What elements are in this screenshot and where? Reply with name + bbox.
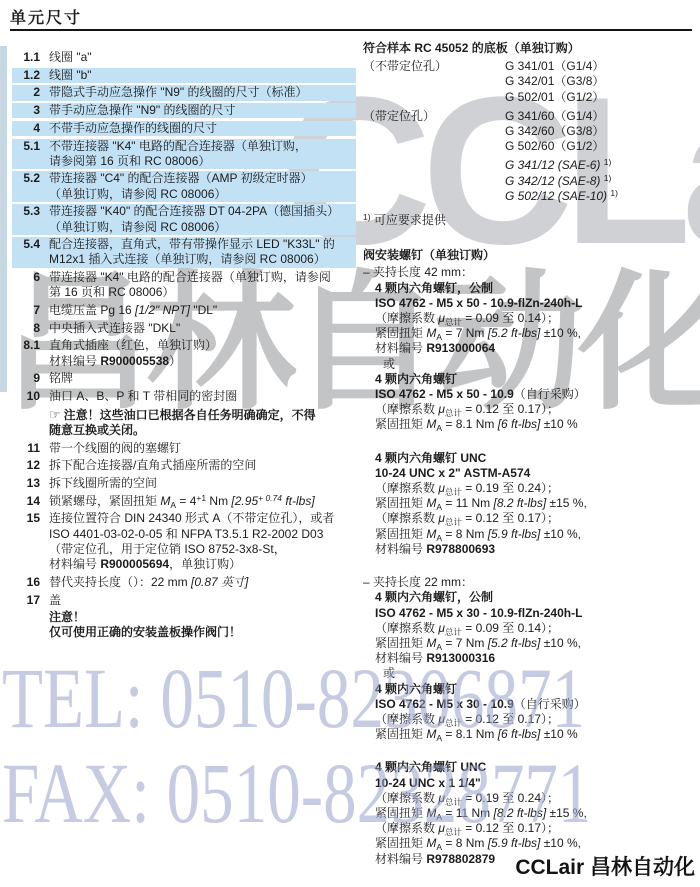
- text-line: ISO 4762 - M5 x 50 - 10.9-flZn-240h-L: [375, 296, 698, 311]
- text-line: （摩擦系数 μ总计 = 0.09 至 0.14）；: [375, 311, 698, 326]
- text-run: 紧固扭矩: [375, 527, 426, 541]
- item-text: 铭牌: [49, 371, 356, 386]
- item-number: 3: [12, 103, 40, 118]
- text-run: ISO 4762 - M5 x 50 - 10.9: [375, 387, 514, 401]
- legend-item: 5.2带连接器 "C4" 的配合连接器（AMP 初级定时器）（单独订购，请参阅 …: [12, 171, 356, 201]
- legend-item: 1.2线圈 "b": [12, 68, 356, 83]
- subplate-heading: 符合样本 RC 45052 的底板（单独订购）: [363, 41, 698, 56]
- text-line: 注意！: [49, 610, 356, 625]
- text-run: G 342/60（G3/8）: [505, 124, 604, 138]
- legend-item: 2带隐式手动应急操作 "N9" 的线圈的尺寸（标准）: [12, 85, 356, 100]
- text-line: 第 16 页和 RC 08006）: [49, 285, 356, 300]
- text-run: ）: [169, 354, 181, 368]
- text-line: 铭牌: [49, 371, 356, 386]
- text-run: R978800693: [426, 542, 495, 556]
- item-number: 5.2: [12, 171, 40, 201]
- legend-item: 11带一个线圈的阀的塞螺钉: [12, 441, 356, 456]
- text-run: （摩擦系数: [375, 402, 438, 416]
- text-line: 替代夹持长度（）：22 mm [0.87 英寸]: [49, 575, 356, 590]
- text-line: ISO 4762 - M5 x 30 - 10.9-flZn-240h-L: [375, 606, 698, 621]
- text-run: 锁紧螺母，紧固扭矩: [49, 494, 160, 508]
- text-run: G 502/12 (SAE-10): [505, 189, 610, 203]
- text-line: 拆下线圈所需的空间: [49, 476, 356, 491]
- text-run: （自行采购）: [514, 387, 586, 401]
- text-run: 线圈 "b": [49, 68, 92, 82]
- text-run: = 0.12 至 0.17）；: [462, 402, 559, 416]
- text-line: G 502/12 (SAE-10) 1): [505, 189, 698, 204]
- text-run: 盖: [49, 593, 61, 607]
- text-run: [0.87 英寸]: [191, 575, 248, 589]
- text-run: 中央插入式连接器 "DKL": [49, 321, 180, 335]
- text-run: R900005694: [100, 557, 169, 571]
- item-number: 11: [12, 441, 40, 456]
- legend-item: 8中央插入式连接器 "DKL": [12, 321, 356, 336]
- text-run: 材料编号: [49, 354, 100, 368]
- subplate-group-label: [363, 158, 505, 204]
- text-run: = 8 Nm: [442, 527, 488, 541]
- text-run: 或: [383, 357, 395, 371]
- item-number: 5.3: [12, 204, 40, 234]
- item-text: 带手动应急操作 "N9" 的线圈的尺寸: [49, 103, 356, 118]
- text-line: 仅可使用正确的安装盖板操作阀门！: [49, 625, 356, 640]
- text-line: 带手动应急操作 "N9" 的线圈的尺寸: [49, 103, 356, 118]
- text-run: 可应要求提供: [371, 213, 446, 227]
- text-run: = 0.12 至 0.17）；: [462, 511, 559, 525]
- text-line: 盖: [49, 593, 356, 608]
- text-run: = 11 Nm: [442, 496, 493, 510]
- text-run: R978802879: [426, 852, 495, 866]
- text-run: [5.2 ft-lbs]: [488, 636, 541, 650]
- item-text: 油口 A、B、P 和 T 带相同的密封圈: [49, 389, 356, 404]
- text-run: （摩擦系数: [375, 481, 438, 495]
- text-run: M12x1 插入式连接（单独订购，请参阅 RC 08006）: [49, 252, 326, 266]
- text-run: 电缆压盖 Pg 16: [49, 303, 135, 317]
- legend-item: 注意！仅可使用正确的安装盖板操作阀门！: [12, 610, 356, 640]
- text-run: = 4: [176, 494, 196, 508]
- text-run: 4 颗内六角螺钉: [375, 372, 457, 386]
- text-line: （单独订购，请参阅 RC 08006）: [49, 187, 356, 202]
- item-text: 带连接器 "C4" 的配合连接器（AMP 初级定时器）（单独订购，请参阅 RC …: [49, 171, 356, 201]
- text-run: 材料编号: [375, 341, 426, 355]
- item-text: 线圈 "b": [49, 68, 356, 83]
- text-run: （摩擦系数: [375, 311, 438, 325]
- legend-item: 15连接位置符合 DIN 24340 形式 A（不带定位孔），或者ISO 440…: [12, 511, 356, 572]
- legend-item: 4不带手动应急操作的线圈的尺寸: [12, 121, 356, 136]
- item-number: 12: [12, 458, 40, 473]
- text-run: G 502/60（G1/2）: [505, 139, 604, 153]
- text-run: ±10 %,: [540, 326, 581, 340]
- legend-item: 9铭牌: [12, 371, 356, 386]
- text-run: 请参阅第 16 页和 RC 08006）: [49, 154, 210, 168]
- text-run: ISO 4762 - M5 x 30 - 10.9-flZn-240h-L: [375, 606, 582, 620]
- subplate-group-values: G 341/12 (SAE-6) 1)G 342/12 (SAE-8) 1)G …: [505, 158, 698, 204]
- item-text: 拆下配合连接器/直角式插座所需的空间: [49, 458, 356, 473]
- text-run: μ: [438, 402, 445, 416]
- text-run: ISO 4762 - M5 x 50 - 10.9-flZn-240h-L: [375, 296, 582, 310]
- text-run: 带连接器 "K40" 的配合连接器 DT 04-2PA（德国插头）: [49, 204, 339, 218]
- text-line: 紧固扭矩 MA = 7 Nm [5.2 ft-lbs] ±10 %,: [375, 636, 698, 651]
- text-run: （带定位孔，用于定位销 ISO 8752-3x8-St，: [49, 542, 286, 556]
- item-number: [12, 610, 40, 640]
- item-number: 8.1: [12, 338, 40, 368]
- text-run: 紧固扭矩: [375, 636, 426, 650]
- item-text: 不带手动应急操作的线圈的尺寸: [49, 121, 356, 136]
- text-line: 紧固扭矩 MA = 8 Nm [5.9 ft-lbs] ±10 %,: [375, 527, 698, 542]
- subplate-group-values: G 341/01（G1/4）G 342/01（G3/8）G 502/01（G1/…: [505, 59, 698, 105]
- screws-heading: 阀安装螺钉（单独订购）: [363, 248, 698, 263]
- text-run: ISO 4401-03-02-0-05 和 NFPA T3.5.1 R2-200…: [49, 527, 323, 541]
- text-line: ISO 4762 - M5 x 50 - 10.9（自行采购）: [375, 387, 698, 402]
- subplate-group-label: （带定位孔）: [363, 109, 505, 155]
- tel-watermark: TEL: 0510-82306871: [2, 655, 585, 741]
- text-line: （带定位孔，用于定位销 ISO 8752-3x8-St，: [49, 542, 356, 557]
- item-number: 13: [12, 476, 40, 491]
- text-run: [6 ft-lbs]: [498, 417, 541, 431]
- text-run: G 341/12 (SAE-6): [505, 158, 604, 172]
- screw-section-lines: 4 颗内六角螺钉 UNC10-24 UNC x 2" ASTM-A574（摩擦系…: [375, 451, 698, 557]
- text-line: 紧固扭矩 MA = 7 Nm [5.2 ft-lbs] ±10 %,: [375, 326, 698, 341]
- text-run: 带一个线圈的阀的塞螺钉: [49, 441, 181, 455]
- text-run: 10-24 UNC x 2" ASTM-A574: [375, 466, 530, 480]
- item-number: 5.1: [12, 139, 40, 169]
- text-run: 1): [604, 173, 612, 183]
- item-number: 7: [12, 303, 40, 318]
- text-line: G 342/60（G3/8）: [505, 124, 698, 139]
- text-line: 紧固扭矩 MA = 8.1 Nm [6 ft-lbs] ±10 %: [375, 417, 698, 432]
- text-line: ☞注意！这些油口已根据各自任务明确确定，不得: [49, 407, 356, 423]
- legend-item: 7电缆压盖 Pg 16 [1/2" NPT] "DL": [12, 303, 356, 318]
- text-line: 线圈 "b": [49, 68, 356, 83]
- text-line: 请参阅第 16 页和 RC 08006）: [49, 154, 356, 169]
- text-run: 随意互换或关闭。: [49, 423, 145, 437]
- text-run: 紧固扭矩: [375, 417, 426, 431]
- item-text: 带连接器 "K40" 的配合连接器 DT 04-2PA（德国插头）（单独订购，请…: [49, 204, 356, 234]
- legend-item: 16替代夹持长度（）：22 mm [0.87 英寸]: [12, 575, 356, 590]
- text-run: M: [426, 496, 436, 510]
- text-run: （摩擦系数: [375, 511, 438, 525]
- text-run: [2.95: [231, 494, 258, 508]
- text-run: [5.9 ft-lbs]: [488, 527, 541, 541]
- text-run: R913000064: [426, 341, 495, 355]
- text-run: = 0.19 至 0.24）；: [462, 481, 559, 495]
- text-run: [1/2" NPT]: [135, 303, 190, 317]
- legend-item: 8.1直角式插座（红色，单独订购）材料编号 R900005538）: [12, 338, 356, 368]
- text-line: G 502/01（G1/2）: [505, 90, 698, 105]
- text-run: 直角式插座（红色，单独订购）: [49, 338, 217, 352]
- legend-item: 5.3带连接器 "K40" 的配合连接器 DT 04-2PA（德国插头）（单独订…: [12, 204, 356, 234]
- legend-item: 1.1线圈 "a": [12, 50, 356, 65]
- text-run: 注意！这些油口已根据各自任务明确确定，不得: [64, 408, 316, 422]
- text-line: 连接位置符合 DIN 24340 形式 A（不带定位孔），或者: [49, 511, 356, 526]
- text-line: 直角式插座（红色，单独订购）: [49, 338, 356, 353]
- subplate-group: （不带定位孔）G 341/01（G1/4）G 342/01（G3/8）G 502…: [363, 59, 698, 105]
- datasheet-page: CCLair 昌林自动化 TEL: 0510-82306871 FAX: 051…: [0, 0, 700, 887]
- text-line: 拆下配合连接器/直角式插座所需的空间: [49, 458, 356, 473]
- clamping-length-label: – 夹持长度 42 mm：: [363, 265, 698, 280]
- item-number: 5.4: [12, 237, 40, 267]
- text-line: ISO 4401-03-02-0-05 和 NFPA T3.5.1 R2-200…: [49, 527, 356, 542]
- item-number: 1.1: [12, 50, 40, 65]
- text-line: （摩擦系数 μ总计 = 0.19 至 0.24）；: [375, 481, 698, 496]
- item-text: 电缆压盖 Pg 16 [1/2" NPT] "DL": [49, 303, 356, 318]
- legend-item: 5.1不带连接器 "K4" 电路的配合连接器（单独订购，请参阅第 16 页和 R…: [12, 139, 356, 169]
- text-line: 材料编号 R978800693: [375, 542, 698, 557]
- text-run: 4 颗内六角螺钉 UNC: [375, 451, 486, 465]
- item-number: 1.2: [12, 68, 40, 83]
- text-line: 材料编号 R900005538）: [49, 354, 356, 369]
- item-text: 线圈 "a": [49, 50, 356, 65]
- text-line: 带连接器 "C4" 的配合连接器（AMP 初级定时器）: [49, 171, 356, 186]
- text-run: 4 颗内六角螺钉，公制: [375, 590, 493, 604]
- text-run: Nm: [206, 494, 231, 508]
- text-run: 4 颗内六角螺钉，公制: [375, 281, 493, 295]
- text-run: ±15 %,: [546, 496, 587, 510]
- text-line: 随意互换或关闭。: [49, 423, 356, 438]
- item-text: 拆下线圈所需的空间: [49, 476, 356, 491]
- text-line: 4 颗内六角螺钉，公制: [375, 281, 698, 296]
- screw-section: 4 颗内六角螺钉 UNC10-24 UNC x 2" ASTM-A574（摩擦系…: [363, 451, 698, 557]
- text-run: G 342/01（G3/8）: [505, 74, 604, 88]
- text-line: 4 颗内六角螺钉: [375, 372, 698, 387]
- item-text: 连接位置符合 DIN 24340 形式 A（不带定位孔），或者ISO 4401-…: [49, 511, 356, 572]
- text-line: M12x1 插入式连接（单独订购，请参阅 RC 08006）: [49, 252, 356, 267]
- text-run: ，单独订购）: [169, 557, 241, 571]
- text-line: 4 颗内六角螺钉，公制: [375, 590, 698, 605]
- text-run: 配合连接器，直角式，带有带操作显示 LED "K33L" 的: [49, 237, 335, 251]
- text-run: = 7 Nm: [442, 326, 488, 340]
- text-run: "DL": [190, 303, 217, 317]
- text-run: μ: [438, 621, 445, 635]
- text-run: 第 16 页和 RC 08006）: [49, 285, 174, 299]
- item-number: 2: [12, 85, 40, 100]
- text-run: μ: [438, 481, 445, 495]
- text-line: 中央插入式连接器 "DKL": [49, 321, 356, 336]
- subplate-group: （带定位孔）G 341/60（G1/4）G 342/60（G3/8）G 502/…: [363, 109, 698, 155]
- text-run: M: [426, 636, 436, 650]
- text-line: 不带连接器 "K4" 电路的配合连接器（单独订购，: [49, 139, 356, 154]
- legend-item: ☞注意！这些油口已根据各自任务明确确定，不得随意互换或关闭。: [12, 407, 356, 438]
- legend-list: 1.1线圈 "a"1.2线圈 "b"2带隐式手动应急操作 "N9" 的线圈的尺寸…: [12, 50, 356, 643]
- screw-section: – 夹持长度 42 mm：4 颗内六角螺钉，公制ISO 4762 - M5 x …: [363, 265, 698, 432]
- screw-section-lines: 4 颗内六角螺钉，公制ISO 4762 - M5 x 50 - 10.9-flZ…: [375, 281, 698, 433]
- clamping-length-label: – 夹持长度 22 mm：: [363, 575, 698, 590]
- item-text: 注意！仅可使用正确的安装盖板操作阀门！: [49, 610, 356, 640]
- text-line: G 342/12 (SAE-8) 1): [505, 174, 698, 189]
- text-run: 1): [604, 157, 612, 167]
- page-title: 单元尺寸: [10, 5, 82, 28]
- item-text: 配合连接器，直角式，带有带操作显示 LED "K33L" 的M12x1 插入式连…: [49, 237, 356, 267]
- text-run: M: [426, 527, 436, 541]
- text-run: 材料编号: [375, 852, 426, 866]
- text-run: 带连接器 "K4" 电路的配合连接器（单独订购，请参阅: [49, 270, 331, 284]
- text-line: 油口 A、B、P 和 T 带相同的密封圈: [49, 389, 356, 404]
- legend-item: 17盖: [12, 593, 356, 608]
- legend-item: 13拆下线圈所需的空间: [12, 476, 356, 491]
- text-line: G 341/12 (SAE-6) 1): [505, 158, 698, 173]
- subplate-groups: （不带定位孔）G 341/01（G1/4）G 342/01（G3/8）G 502…: [363, 59, 698, 204]
- item-number: 15: [12, 511, 40, 572]
- item-text: 直角式插座（红色，单独订购）材料编号 R900005538）: [49, 338, 356, 368]
- text-run: = 0.09 至 0.14）；: [462, 621, 559, 635]
- text-run: 连接位置符合 DIN 24340 形式 A（不带定位孔），或者: [49, 511, 334, 525]
- text-line: （单独订购，请参阅 RC 08006）: [49, 220, 356, 235]
- item-number: 14: [12, 494, 40, 509]
- text-run: 拆下线圈所需的空间: [49, 476, 157, 490]
- text-run: G 341/01（G1/4）: [505, 59, 604, 73]
- text-line: （摩擦系数 μ总计 = 0.09 至 0.14）；: [375, 621, 698, 636]
- text-line: G 341/01（G1/4）: [505, 59, 698, 74]
- legend-item: 5.4配合连接器，直角式，带有带操作显示 LED "K33L" 的M12x1 插…: [12, 237, 356, 267]
- legend-item: 3带手动应急操作 "N9" 的线圈的尺寸: [12, 103, 356, 118]
- text-line: 4 颗内六角螺钉 UNC: [375, 451, 698, 466]
- text-line: 材料编号 R900005694，单独订购）: [49, 557, 356, 572]
- text-line: G 341/60（G1/4）: [505, 109, 698, 124]
- text-line: 带连接器 "K4" 电路的配合连接器（单独订购，请参阅: [49, 270, 356, 285]
- text-line: G 342/01（G3/8）: [505, 74, 698, 89]
- fax-watermark: FAX: 0510-82328771: [2, 750, 591, 836]
- text-line: 不带手动应急操作的线圈的尺寸: [49, 121, 356, 136]
- legend-item: 6带连接器 "K4" 电路的配合连接器（单独订购，请参阅第 16 页和 RC 0…: [12, 270, 356, 300]
- subplate-group-values: G 341/60（G1/4）G 342/60（G3/8）G 502/60（G1/…: [505, 109, 698, 155]
- legend-item: 10油口 A、B、P 和 T 带相同的密封圈: [12, 389, 356, 404]
- text-line: 带连接器 "K40" 的配合连接器 DT 04-2PA（德国插头）: [49, 204, 356, 219]
- text-run: [8.2 ft-lbs]: [493, 496, 546, 510]
- pointing-hand-icon: ☞: [49, 407, 61, 422]
- text-run: 带连接器 "C4" 的配合连接器（AMP 初级定时器）: [49, 171, 313, 185]
- text-line: 或: [375, 357, 698, 372]
- text-line: 紧固扭矩 MA = 11 Nm [8.2 ft-lbs] ±15 %,: [375, 496, 698, 511]
- text-line: （摩擦系数 μ总计 = 0.12 至 0.17）；: [375, 511, 698, 526]
- text-line: 电缆压盖 Pg 16 [1/2" NPT] "DL": [49, 303, 356, 318]
- subplate-group-label: （不带定位孔）: [363, 59, 505, 105]
- text-run: = 8.1 Nm: [442, 417, 498, 431]
- text-line: 10-24 UNC x 2" ASTM-A574: [375, 466, 698, 481]
- text-run: M: [426, 417, 436, 431]
- text-run: 仅可使用正确的安装盖板操作阀门！: [49, 625, 241, 639]
- item-number: 6: [12, 270, 40, 300]
- text-run: 1): [363, 212, 371, 222]
- text-run: +1: [196, 493, 206, 503]
- item-text: 替代夹持长度（）：22 mm [0.87 英寸]: [49, 575, 356, 590]
- text-run: （单独订购，请参阅 RC 08006）: [49, 187, 226, 201]
- text-run: [5.2 ft-lbs]: [488, 326, 541, 340]
- item-text: 锁紧螺母，紧固扭矩 MA = 4+1 Nm [2.95+ 0.74 ft-lbs…: [49, 494, 356, 509]
- text-run: 带隐式手动应急操作 "N9" 的线圈的尺寸（标准）: [49, 85, 308, 99]
- text-run: μ: [438, 311, 445, 325]
- footer-brand-text: CCLair 昌林自动化: [515, 851, 695, 881]
- text-run: 拆下配合连接器/直角式插座所需的空间: [49, 458, 256, 472]
- text-line: 带隐式手动应急操作 "N9" 的线圈的尺寸（标准）: [49, 85, 356, 100]
- item-text: 带一个线圈的阀的塞螺钉: [49, 441, 356, 456]
- text-run: 线圈 "a": [49, 50, 92, 64]
- item-text: ☞注意！这些油口已根据各自任务明确确定，不得随意互换或关闭。: [49, 407, 356, 438]
- text-run: 紧固扭矩: [375, 326, 426, 340]
- text-run: R900005538: [100, 354, 169, 368]
- text-line: 线圈 "a": [49, 50, 356, 65]
- text-run: M: [160, 494, 170, 508]
- text-run: ft-lbs]: [282, 494, 315, 508]
- text-run: = 7 Nm: [442, 636, 488, 650]
- legend-item: 12拆下配合连接器/直角式插座所需的空间: [12, 458, 356, 473]
- text-run: ±10 %,: [540, 636, 581, 650]
- text-line: 配合连接器，直角式，带有带操作显示 LED "K33L" 的: [49, 237, 356, 252]
- text-run: 替代夹持长度（）：22 mm: [49, 575, 191, 589]
- text-run: ±10 %,: [540, 527, 581, 541]
- text-run: 紧固扭矩: [375, 496, 426, 510]
- text-line: 锁紧螺母，紧固扭矩 MA = 4+1 Nm [2.95+ 0.74 ft-lbs…: [49, 494, 356, 509]
- text-run: G 502/01（G1/2）: [505, 90, 604, 104]
- item-number: [12, 407, 40, 438]
- text-run: 符合样本 RC 45052 的底板（单独订购）: [363, 41, 580, 55]
- text-run: 不带连接器 "K4" 电路的配合连接器（单独订购，: [49, 139, 307, 153]
- text-run: + 0.74: [258, 493, 282, 503]
- text-line: G 502/60（G1/2）: [505, 139, 698, 154]
- item-number: 9: [12, 371, 40, 386]
- subplate-group: G 341/12 (SAE-6) 1)G 342/12 (SAE-8) 1)G …: [363, 158, 698, 204]
- subplate-footnote: 1) 可应要求提供: [363, 213, 698, 228]
- text-run: 油口 A、B、P 和 T 带相同的密封圈: [49, 389, 237, 403]
- text-run: 不带手动应急操作的线圈的尺寸: [49, 121, 217, 135]
- text-run: 带手动应急操作 "N9" 的线圈的尺寸: [49, 103, 236, 117]
- item-text: 带连接器 "K4" 电路的配合连接器（单独订购，请参阅第 16 页和 RC 08…: [49, 270, 356, 300]
- text-run: 铭牌: [49, 371, 73, 385]
- text-line: （摩擦系数 μ总计 = 0.12 至 0.17）；: [375, 402, 698, 417]
- text-run: 1): [610, 188, 618, 198]
- text-run: G 341/60（G1/4）: [505, 109, 604, 123]
- item-number: 4: [12, 121, 40, 136]
- text-run: 注意！: [49, 610, 85, 624]
- item-number: 10: [12, 389, 40, 404]
- text-run: μ: [438, 511, 445, 525]
- text-line: 带一个线圈的阀的塞螺钉: [49, 441, 356, 456]
- text-line: 材料编号 R913000064: [375, 341, 698, 356]
- text-run: M: [426, 326, 436, 340]
- item-text: 不带连接器 "K4" 电路的配合连接器（单独订购，请参阅第 16 页和 RC 0…: [49, 139, 356, 169]
- legend-item: 14锁紧螺母，紧固扭矩 MA = 4+1 Nm [2.95+ 0.74 ft-l…: [12, 494, 356, 509]
- text-run: （单独订购，请参阅 RC 08006）: [49, 220, 226, 234]
- item-number: 16: [12, 575, 40, 590]
- item-number: 17: [12, 593, 40, 608]
- text-run: = 0.09 至 0.14）；: [462, 311, 559, 325]
- text-run: 材料编号: [49, 557, 100, 571]
- item-number: 8: [12, 321, 40, 336]
- item-text: 盖: [49, 593, 356, 608]
- text-run: （摩擦系数: [375, 621, 438, 635]
- item-text: 带隐式手动应急操作 "N9" 的线圈的尺寸（标准）: [49, 85, 356, 100]
- text-run: ±10 %: [540, 417, 577, 431]
- text-run: G 342/12 (SAE-8): [505, 174, 604, 188]
- item-text: 中央插入式连接器 "DKL": [49, 321, 356, 336]
- title-rule: [10, 29, 692, 31]
- text-run: 材料编号: [375, 542, 426, 556]
